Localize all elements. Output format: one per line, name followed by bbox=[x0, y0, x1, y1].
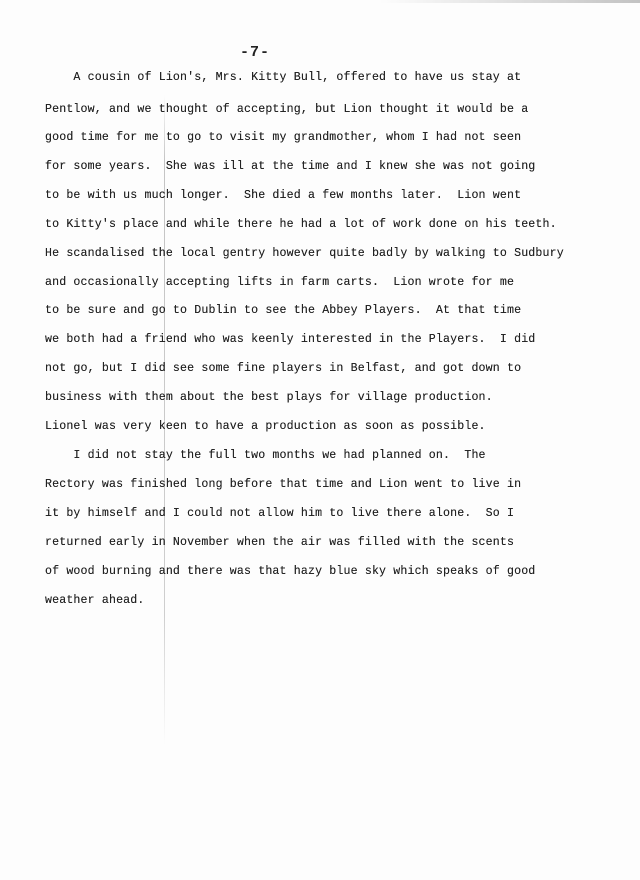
text-line: to Kitty's place and while there he had … bbox=[45, 218, 557, 231]
text-line: and occasionally accepting lifts in farm… bbox=[45, 276, 514, 289]
text-line: to be with us much longer. She died a fe… bbox=[45, 189, 521, 202]
text-line: to be sure and go to Dublin to see the A… bbox=[45, 304, 521, 317]
text-line: returned early in November when the air … bbox=[45, 536, 514, 549]
text-line: for some years. She was ill at the time … bbox=[45, 160, 535, 173]
text-line: we both had a friend who was keenly inte… bbox=[45, 333, 535, 346]
page-number: -7- bbox=[240, 44, 270, 61]
text-line: Pentlow, and we thought of accepting, bu… bbox=[45, 103, 528, 116]
text-line: good time for me to go to visit my grand… bbox=[45, 131, 521, 144]
text-line: Lionel was very keen to have a productio… bbox=[45, 420, 486, 433]
text-line: business with them about the best plays … bbox=[45, 391, 493, 404]
text-line: of wood burning and there was that hazy … bbox=[45, 565, 535, 578]
text-line: A cousin of Lion's, Mrs. Kitty Bull, off… bbox=[45, 71, 521, 84]
text-line: He scandalised the local gentry however … bbox=[45, 247, 564, 260]
page-edge-shadow bbox=[380, 0, 640, 3]
text-line: it by himself and I could not allow him … bbox=[45, 507, 514, 520]
typewritten-page: -7- A cousin of Lion's, Mrs. Kitty Bull,… bbox=[0, 0, 640, 880]
text-line: Rectory was finished long before that ti… bbox=[45, 478, 521, 491]
text-line: I did not stay the full two months we ha… bbox=[45, 449, 486, 462]
text-line: weather ahead. bbox=[45, 594, 145, 607]
text-line: not go, but I did see some fine players … bbox=[45, 362, 521, 375]
